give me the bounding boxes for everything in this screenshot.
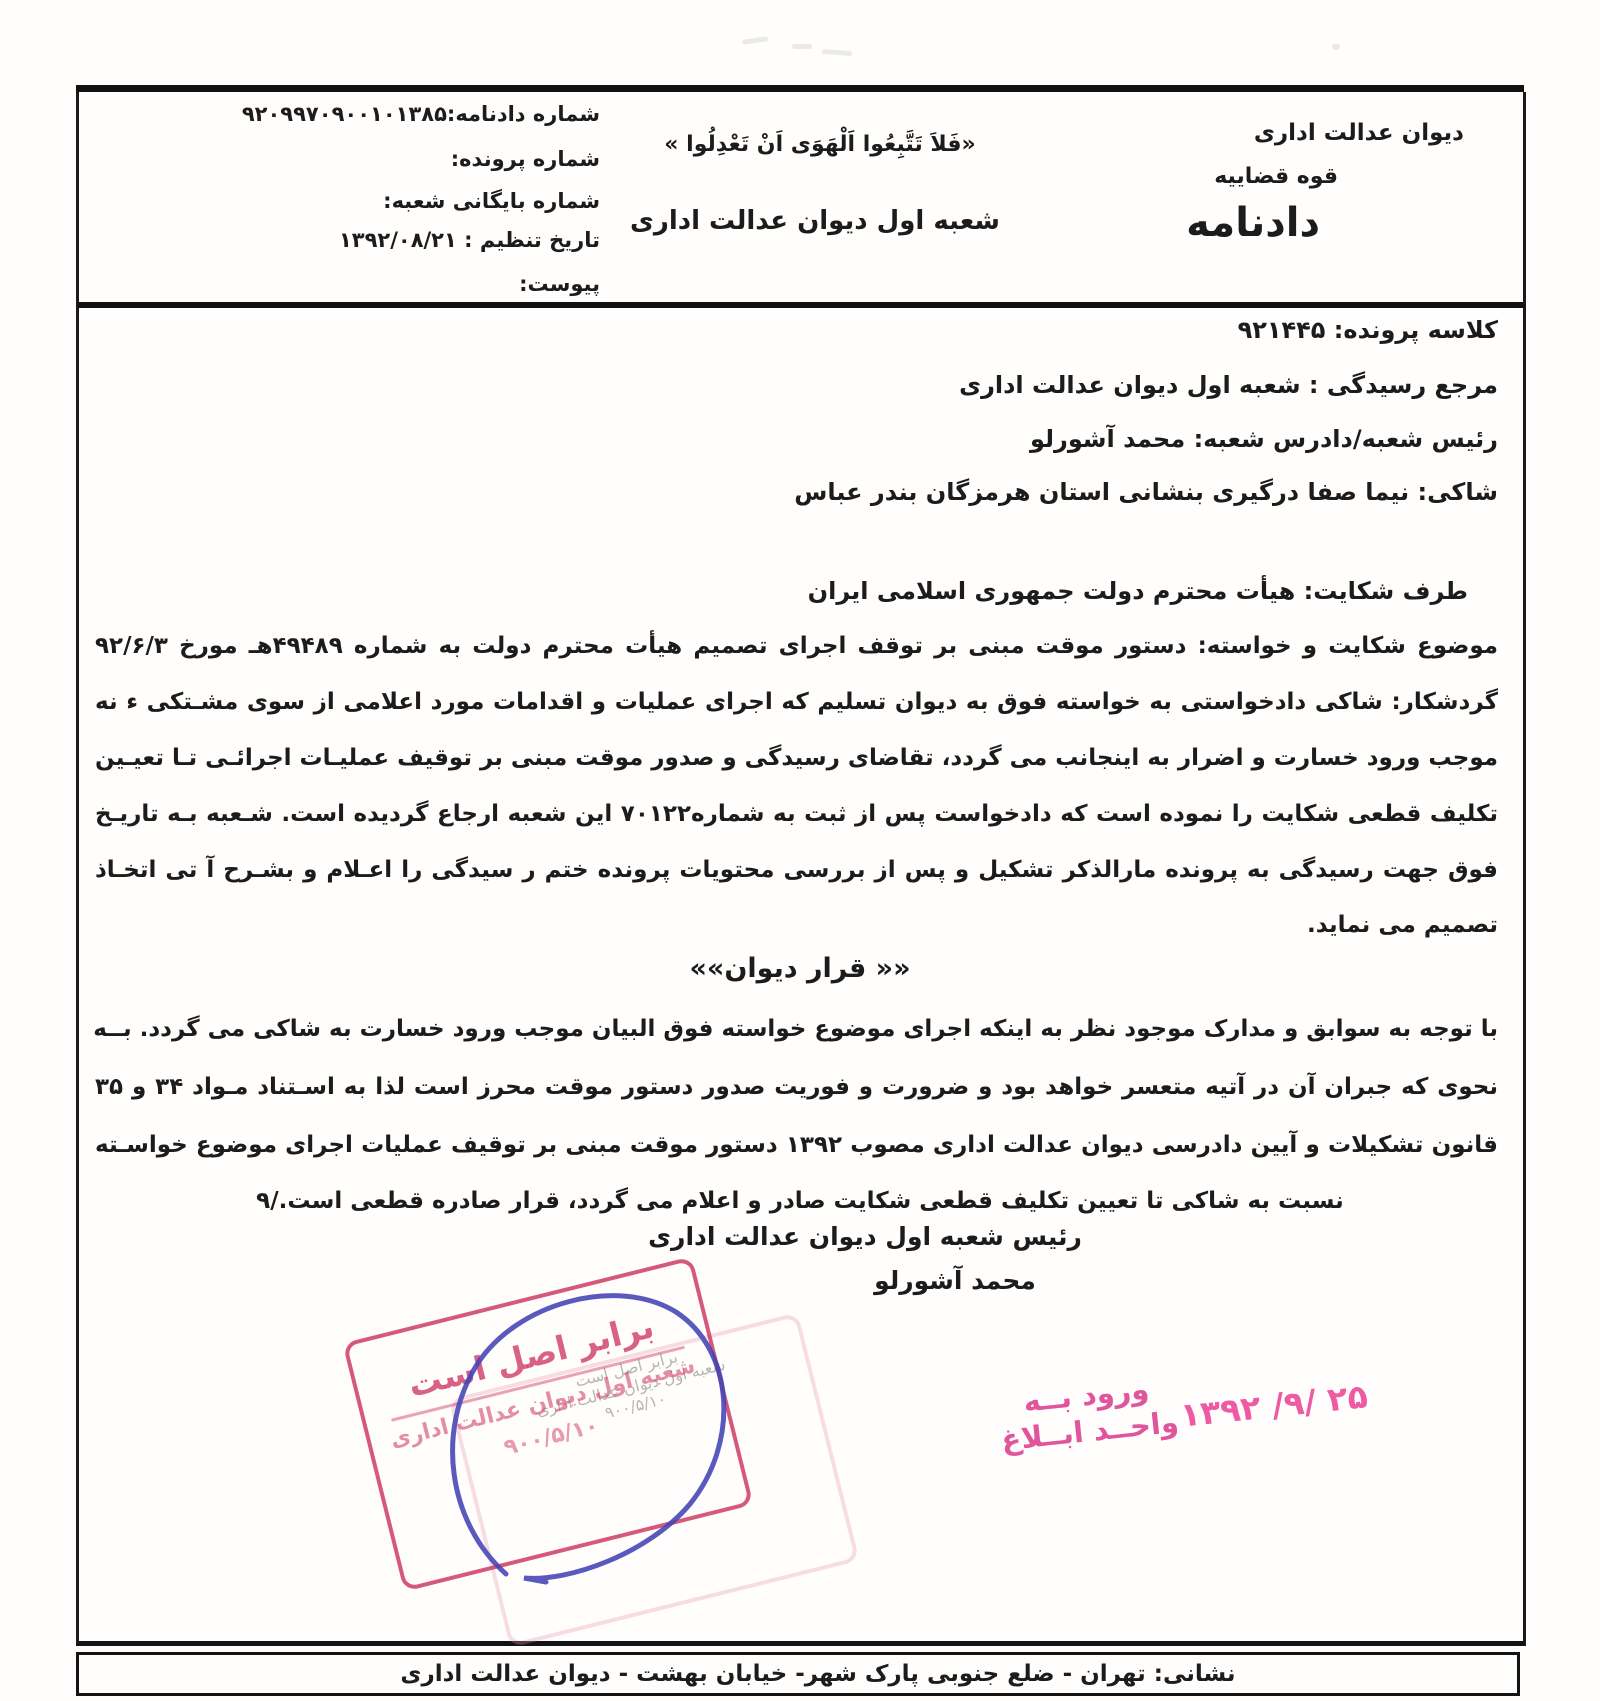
procedure-line-last: تصمیم می نماید. [1307, 912, 1498, 938]
footer-section: نشانی: تهران - ضلع جنوبی پارک شهر- خیابا… [76, 1652, 1520, 1696]
plaintiff-line: شاکی: نیما صفا درگیری بنشانی استان هرمزگ… [794, 478, 1498, 506]
top-border-rule [76, 85, 1524, 92]
header-organization: دیوان عدالت اداری [1254, 120, 1464, 146]
signature-title: رئیس شعبه اول دیوان عدالت اداری [130, 1222, 1600, 1251]
review-authority-line: مرجع رسیدگی : شعبه اول دیوان عدالت اداری [959, 371, 1498, 399]
subject-line: موضوع شکایت و خواسته: دستور موقت مبنی بر… [95, 633, 1498, 659]
defendant-line: طرف شکایت: هیأت محترم دولت جمهوری اسلامی… [808, 577, 1468, 605]
header-judiciary: قوه قضاییه [1214, 164, 1338, 189]
ruling-line-last: نسبت به شاکی تا تعیین تکلیف قطعی شکایت ص… [0, 1188, 1600, 1214]
scanned-court-judgment-page: دیوان عدالت اداری قوه قضاییه دادنامه «فَ… [0, 0, 1600, 1701]
scan-artifact [822, 49, 852, 56]
header-quran-quote: «فَلاَ تَتَّبِعُوا اَلْهَوَی اَنْ تَعْدِ… [590, 132, 1050, 157]
procedure-line: گردشکار: شاکی دادخواستی به خواسته فوق به… [95, 689, 1498, 715]
meta-judgment-number: شماره دادنامه:۹۲۰۹۹۷۰۹۰۰۱۰۱۳۸۵ [242, 102, 600, 126]
meta-attachment: پیوست: [519, 272, 600, 296]
procedure-line: موجب ورود خسارت و اضرار به اینجانب می گر… [95, 745, 1498, 771]
scan-artifact [792, 44, 812, 49]
ruling-line: نحوی که جبران آن در آتیه متعسر خواهد بود… [95, 1074, 1498, 1100]
footer-address: نشانی: تهران - ضلع جنوبی پارک شهر- خیابا… [400, 1661, 1235, 1687]
ruling-line: با توجه به سوابق و مدارک موجود نظر به ای… [95, 1016, 1498, 1042]
header-branch-title: شعبه اول دیوان عدالت اداری [580, 206, 1050, 236]
procedure-line: تکلیف قطعی شکایت را نموده است که دادخواس… [95, 801, 1498, 827]
case-reference-line: کلاسه پرونده: ۹۲۱۴۴۵ [1238, 316, 1498, 344]
ruling-heading: «« قرار دیوان»» [0, 953, 1600, 984]
meta-registration-date: تاریخ تنظیم : ۱۳۹۲/۰۸/۲۱ [339, 228, 600, 252]
meta-archive-number: شماره بایگانی شعبه: [383, 189, 600, 213]
meta-case-number: شماره پرونده: [451, 147, 600, 171]
handwritten-signature [428, 1282, 764, 1592]
scan-artifact [742, 36, 768, 45]
header-doc-type: دادنامه [1186, 200, 1320, 246]
judge-line: رئیس شعبه/دادرس شعبه: محمد آشورلو [1030, 425, 1498, 453]
ruling-line: قانون تشکیلات و آیین دادرسی دیوان عدالت … [95, 1132, 1498, 1158]
procedure-line: فوق جهت رسیدگی به پرونده مارالذکر تشکیل … [95, 857, 1498, 883]
scan-artifact [1332, 44, 1340, 50]
